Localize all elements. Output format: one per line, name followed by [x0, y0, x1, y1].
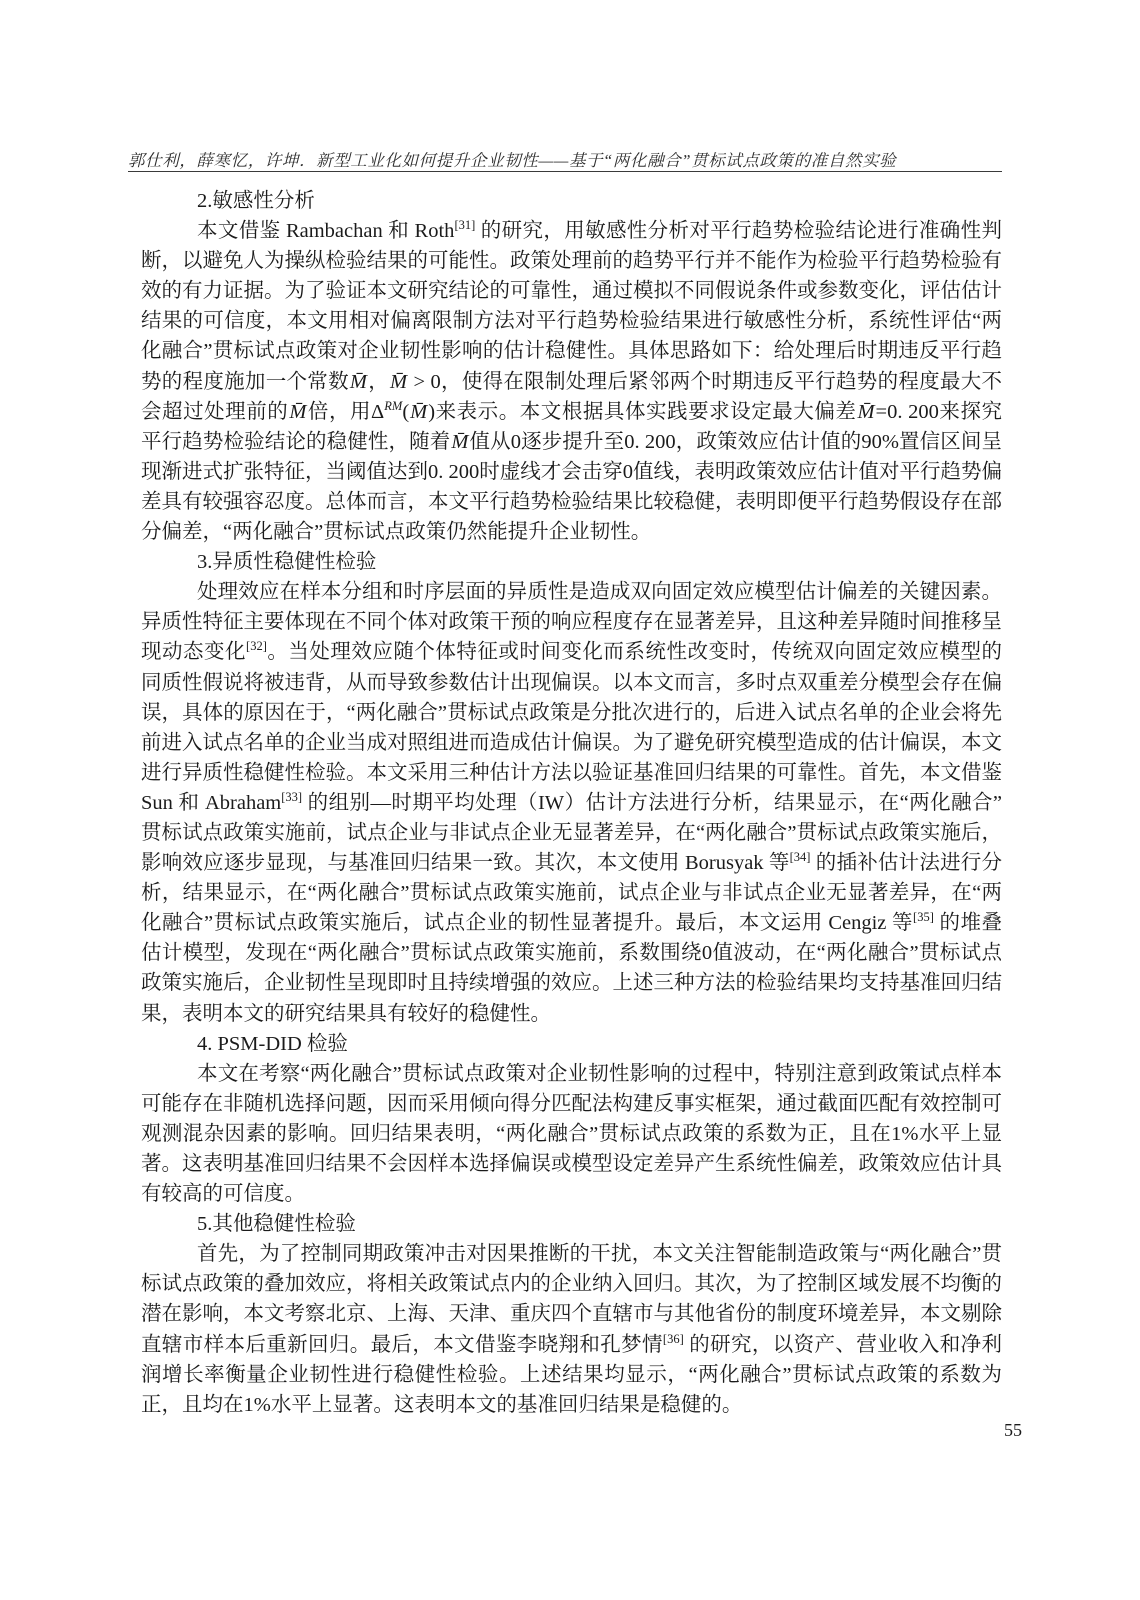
text-run: ， — [368, 371, 389, 393]
text-run: 的研究，用敏感性分析对平行趋势检验结论进行准确性判断，以避免人为操纵检验结果的可… — [141, 220, 1002, 392]
text-run: 4. PSM-DID 检验 — [197, 1033, 348, 1055]
text-run: 倍，用Δ — [307, 401, 384, 423]
paragraph-heterogeneity-robustness: 处理效应在样本分组和时序层面的异质性是造成双向固定效应模型估计偏差的关键因素。异… — [141, 577, 1002, 1028]
citation-ref: [31] — [454, 218, 475, 232]
math-symbol: M̄ — [288, 401, 307, 423]
math-symbol: M̄ — [389, 371, 408, 393]
section-heading-5: 5.其他稳健性检验 — [141, 1209, 1002, 1239]
text-run: )来表示。本文根据具体实践要求设定最大偏差 — [428, 401, 856, 423]
math-symbol: M̄ — [409, 401, 428, 423]
citation-ref: [32] — [246, 640, 267, 654]
text-run: 3.异质性稳健性检验 — [197, 551, 376, 573]
page-number: 55 — [128, 1420, 1022, 1441]
section-heading-2: 2.敏感性分析 — [141, 186, 1002, 216]
running-head: 郭仕利，薛寒忆，许坤．新型工业化如何提升企业韧性——基于“两化融合”贯标试点政策… — [128, 147, 1008, 171]
paragraph-other-robustness: 首先，为了控制同期政策冲击对因果推断的干扰，本文关注智能制造政策与“两化融合”贯… — [141, 1239, 1002, 1420]
text-run: 5.其他稳健性检验 — [197, 1213, 356, 1235]
section-heading-3: 3.异质性稳健性检验 — [141, 547, 1002, 577]
body-text: 2.敏感性分析本文借鉴 Rambachan 和 Roth[31] 的研究，用敏感… — [141, 186, 1002, 1420]
citation-ref: [33] — [281, 790, 302, 804]
paragraph-psm-did: 本文在考察“两化融合”贯标试点政策对企业韧性影响的过程中，特别注意到政策试点样本… — [141, 1059, 1002, 1209]
math-symbol: M̄ — [349, 371, 368, 393]
citation-ref: [36] — [663, 1332, 684, 1346]
text-run: 本文借鉴 Rambachan 和 Roth — [197, 220, 454, 242]
header-rule — [128, 171, 1002, 172]
paragraph-sensitivity-analysis: 本文借鉴 Rambachan 和 Roth[31] 的研究，用敏感性分析对平行趋… — [141, 216, 1002, 547]
citation-ref: [35] — [913, 910, 934, 924]
math-symbol: M̄ — [856, 401, 875, 423]
math-symbol: M̄ — [450, 431, 469, 453]
text-run: 2.敏感性分析 — [197, 190, 315, 212]
text-run: 本文在考察“两化融合”贯标试点政策对企业韧性影响的过程中，特别注意到政策试点样本… — [141, 1063, 1002, 1205]
math-superscript: RM — [384, 399, 402, 413]
paper-page: 郭仕利，薛寒忆，许坤．新型工业化如何提升企业韧性——基于“两化融合”贯标试点政策… — [0, 0, 1140, 1600]
citation-ref: [34] — [790, 850, 811, 864]
text-run: 。当处理效应随个体特征或时间变化而系统性改变时，传统双向固定效应模型的同质性假说… — [141, 641, 1002, 813]
section-heading-4: 4. PSM-DID 检验 — [141, 1029, 1002, 1059]
